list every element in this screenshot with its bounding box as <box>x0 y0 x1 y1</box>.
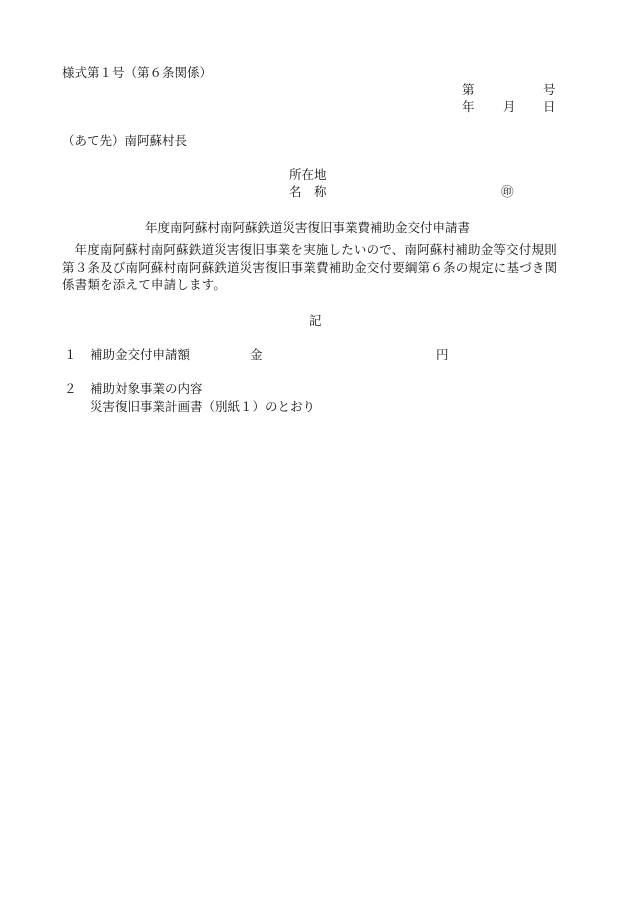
item-number: １ <box>64 346 77 363</box>
address-label: 所在地 <box>289 166 327 183</box>
name-label: 名 称 <box>289 183 327 200</box>
date-year: 年 <box>462 98 475 115</box>
item-label: 補助金交付申請額 <box>90 346 190 363</box>
number-suffix: 号 <box>543 81 556 98</box>
item-detail: 災害復旧事業計画書（別紙１）のとおり <box>90 398 315 415</box>
item-number: ２ <box>64 380 77 397</box>
addressee: （あて先）南阿蘇村長 <box>62 132 187 149</box>
form-label: 様式第１号（第６条関係） <box>62 64 212 81</box>
number-prefix: 第 <box>462 81 475 98</box>
seal-icon: ㊞ <box>501 183 514 200</box>
body-paragraph: 年度南阿蘇村南阿蘇鉄道災害復旧事業を実施したいので、南阿蘇村補助金等交付規則第３… <box>62 241 568 294</box>
document-title: 年度南阿蘇村南阿蘇鉄道災害復旧事業費補助金交付申請書 <box>145 219 470 236</box>
date-day: 日 <box>543 98 556 115</box>
item-label: 補助対象事業の内容 <box>90 380 203 397</box>
amount-prefix: 金 <box>250 346 263 363</box>
date-month: 月 <box>503 98 516 115</box>
ki-heading: 記 <box>309 312 322 329</box>
amount-suffix: 円 <box>436 346 449 363</box>
